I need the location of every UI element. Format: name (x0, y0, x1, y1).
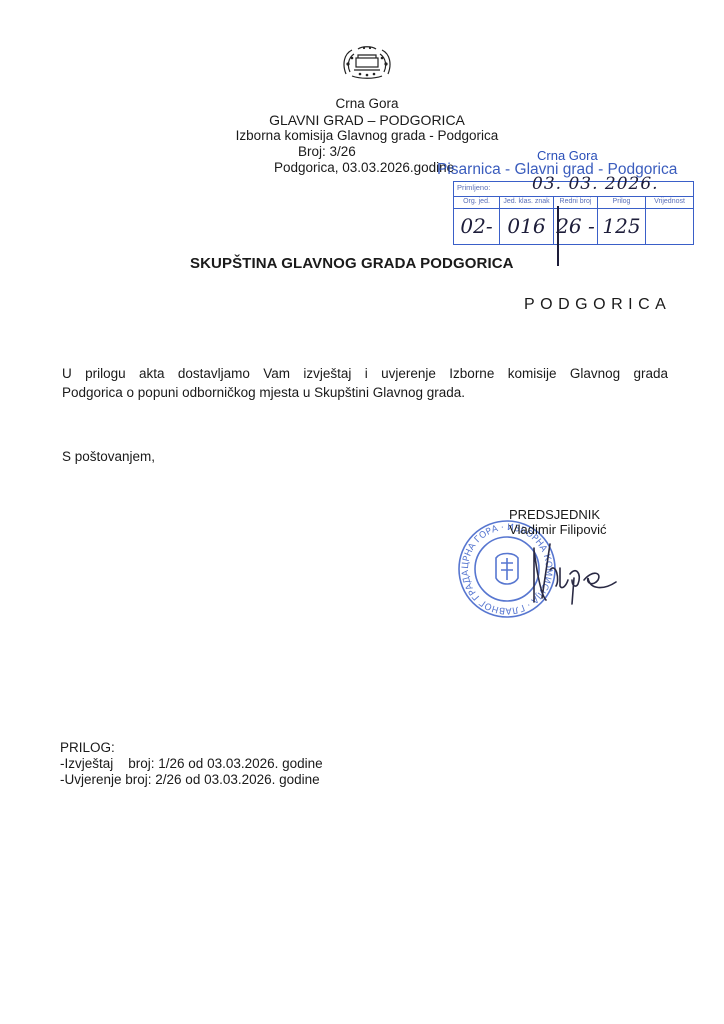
stamp-val-value (646, 208, 693, 244)
attachments-heading: PRILOG: (60, 740, 323, 756)
stamp-val-class: 016 (500, 208, 554, 244)
attachments: PRILOG:-Izvještaj broj: 1/26 od 03.03.20… (60, 740, 323, 788)
stamp-col-value: Vrijednost (646, 196, 693, 208)
stamp-col-class: Jed. klas. znak (500, 196, 554, 208)
coat-of-arms-icon (340, 44, 394, 80)
signatory-name: Vladimir Filipović (509, 522, 607, 538)
stamp-received-date: 03. 03. 2026. (532, 174, 659, 194)
stamp-val-number: 26 - (554, 208, 598, 244)
greeting: S poštovanjem, (62, 449, 155, 464)
body-line-2: Podgorica o popuni odborničkog mjesta u … (62, 385, 465, 400)
body-line-1: U prilogu akta dostavljamo Vam izvještaj… (62, 364, 668, 383)
header-commission: Izborna komisija Glavnog grada - Podgori… (232, 128, 502, 144)
pen-stroke (557, 206, 559, 266)
header-city-title: GLAVNI GRAD – PODGORICA (232, 112, 502, 128)
handwritten-signature-icon (520, 540, 620, 610)
signatory-role: PREDSJEDNIK (509, 507, 600, 523)
header-country: Crna Gora (232, 96, 502, 112)
stamp-col-attachment: Prilog (598, 196, 646, 208)
body-paragraph: U prilogu akta dostavljamo Vam izvještaj… (62, 364, 668, 402)
attachment-item: -Uvjerenje broj: 2/26 od 03.03.2026. god… (60, 772, 323, 788)
header-number: Broj: 3/26 (298, 144, 356, 160)
attachment-item: -Izvještaj broj: 1/26 od 03.03.2026. god… (60, 756, 323, 772)
recipient-name: SKUPŠTINA GLAVNOG GRADA PODGORICA (190, 255, 514, 272)
stamp-val-org: 02- (454, 208, 500, 244)
recipient-city: PODGORICA (524, 296, 671, 314)
stamp-col-org: Org. jed. (454, 196, 500, 208)
stamp-val-attachment: 125 (598, 208, 646, 244)
registry-stamp: Primljeno: 03. 03. 2026. Org. jed. Jed. … (453, 181, 694, 245)
stamp-received-label: Primljeno: (457, 183, 490, 192)
stamp-col-number: Redni broj (554, 196, 598, 208)
header-place-date: Podgorica, 03.03.2026.godine (274, 160, 454, 176)
